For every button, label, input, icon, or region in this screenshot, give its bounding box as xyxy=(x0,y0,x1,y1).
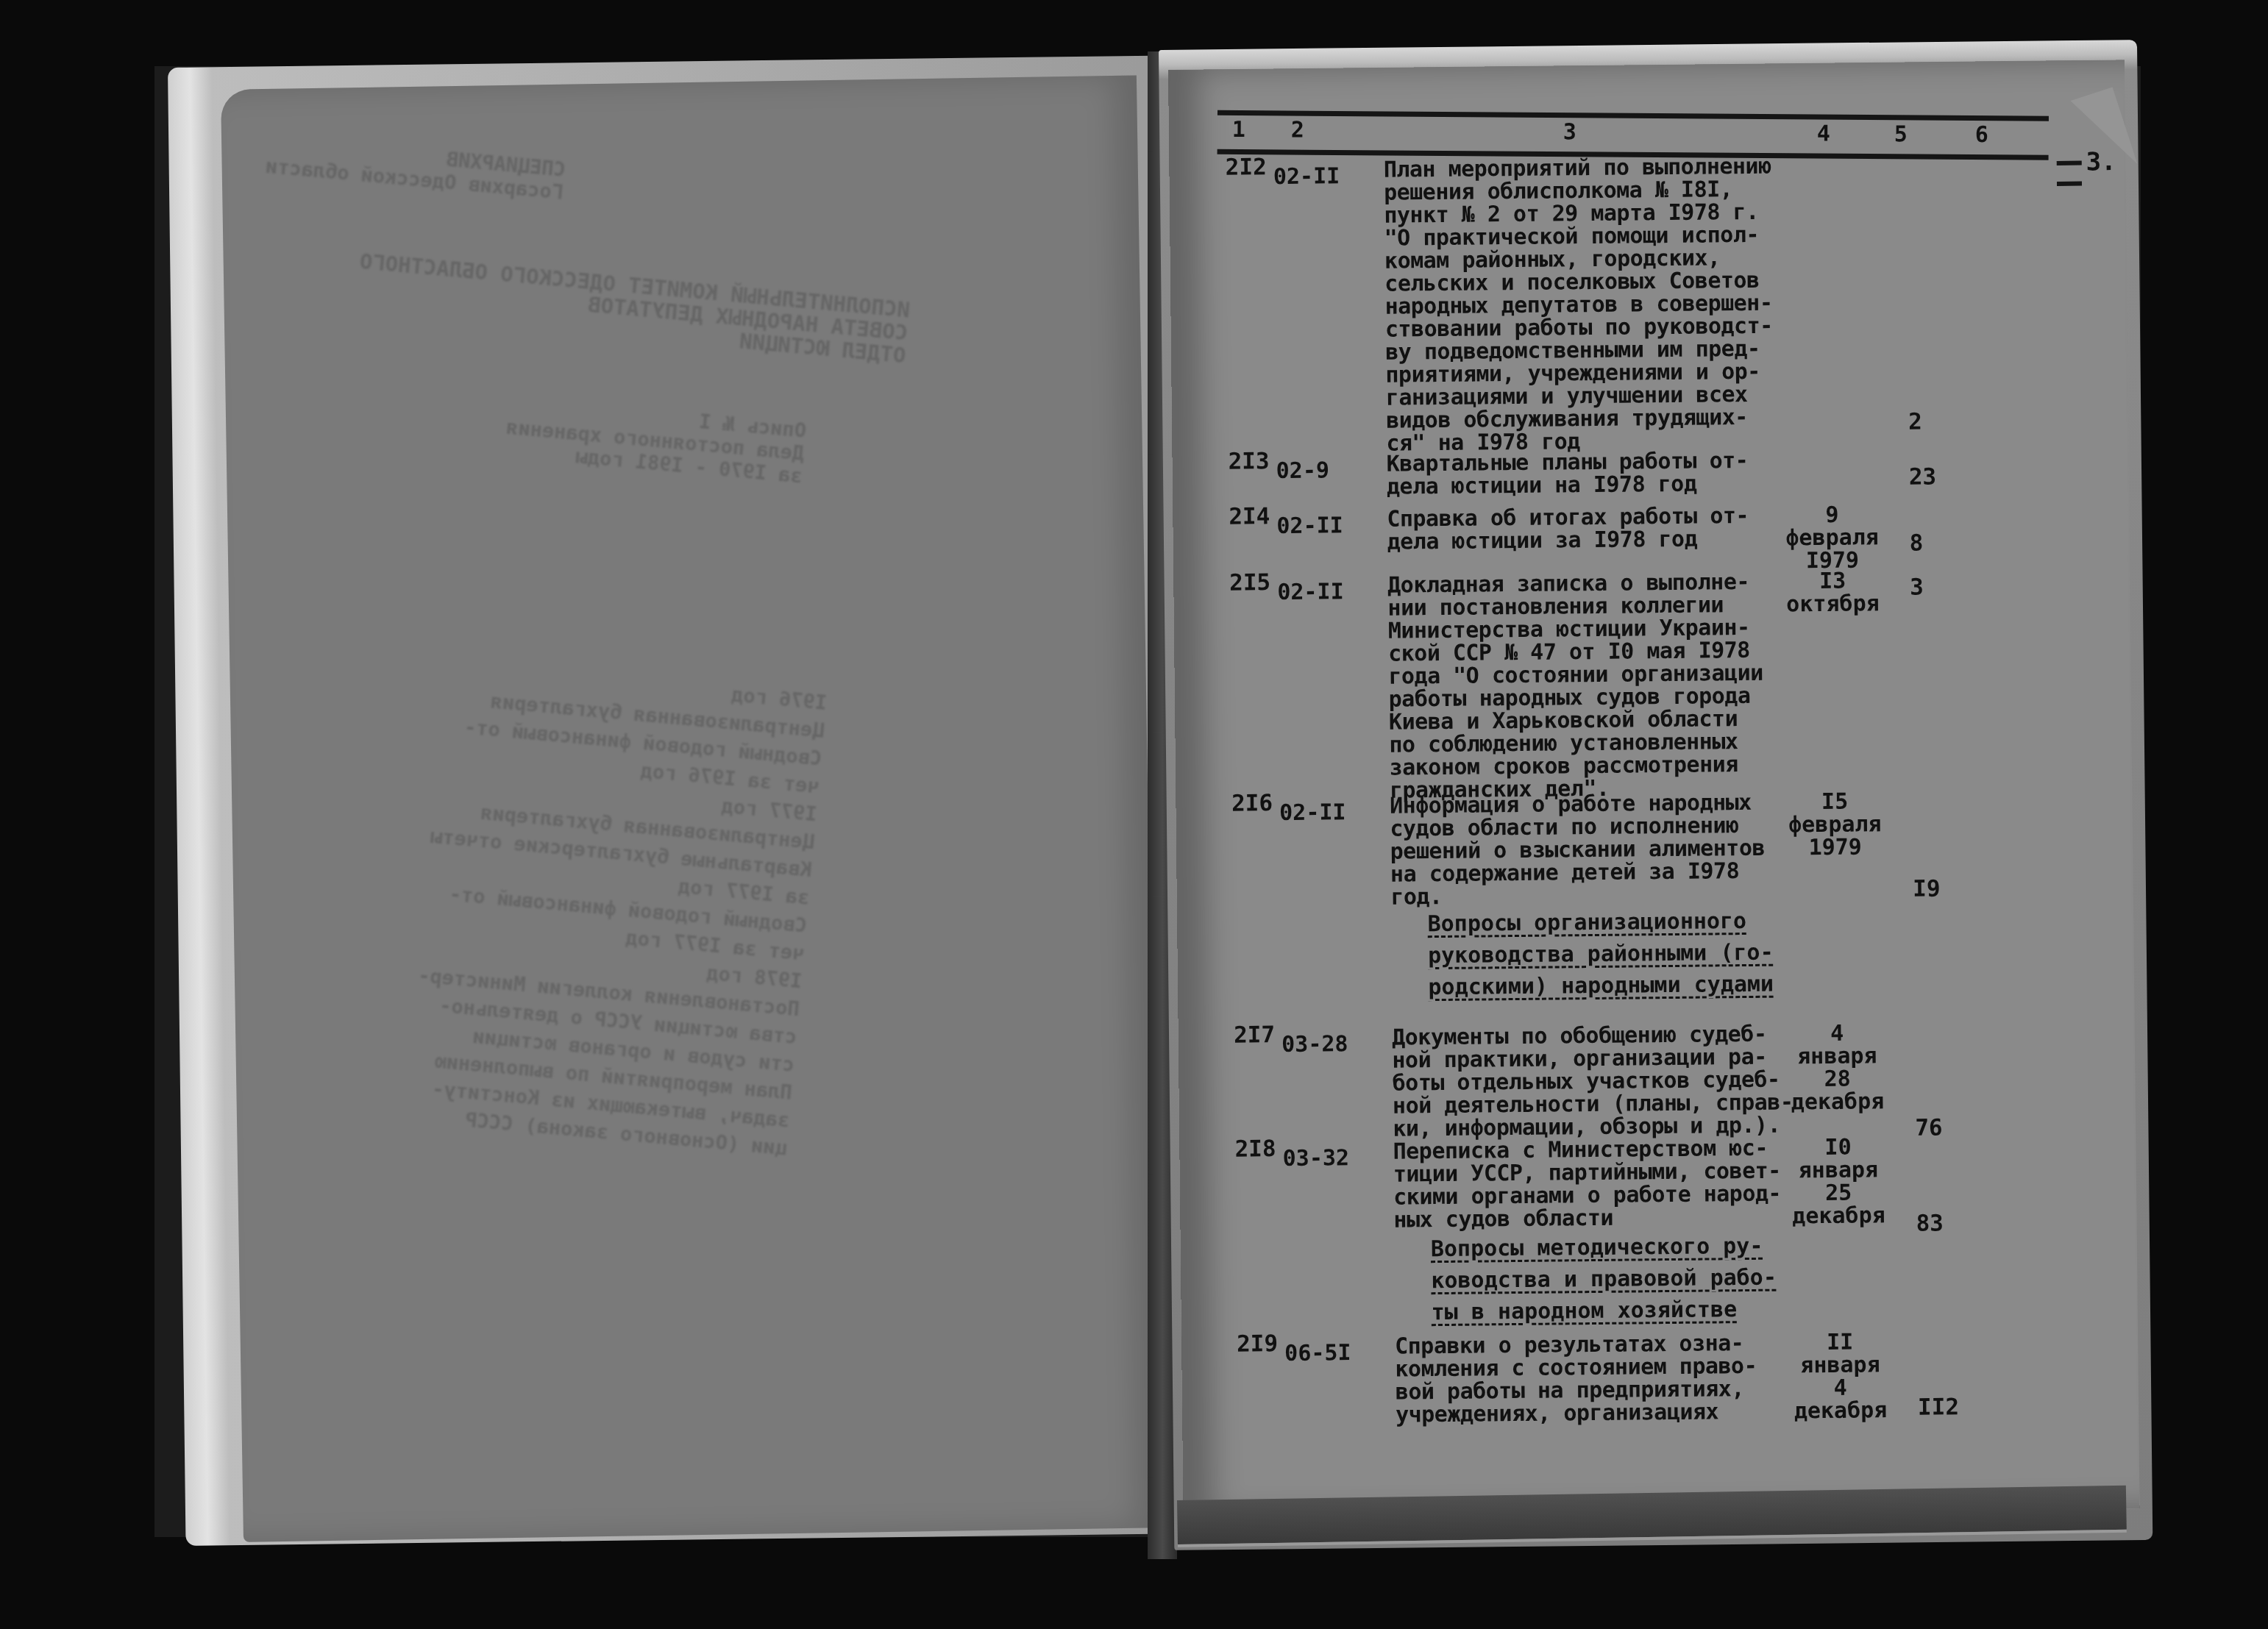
entry-sheet-count: 2 xyxy=(1908,409,1922,435)
entry-number: 2I8 xyxy=(1234,1136,1276,1163)
column-header: 5 xyxy=(1894,121,1908,147)
entry-title: Переписка с Министерством юс- тиции УССР… xyxy=(1393,1136,1805,1231)
entry-sheet-count: 3 xyxy=(1910,574,1924,601)
entry-number: 2I9 xyxy=(1237,1330,1278,1358)
entry-title: Квартальные планы работы от- дела юстици… xyxy=(1386,449,1799,498)
inventory-entry: 2I502-IIДокладная записка о выполне- нии… xyxy=(1211,561,2094,570)
page-number: 3. xyxy=(2086,147,2116,177)
entry-date: I5 февраля 1979 xyxy=(1772,790,1898,860)
entry-date: 9 февраля I979 xyxy=(1769,503,1895,573)
entry-number: 2I6 xyxy=(1231,790,1273,817)
bleed-stamp: СПЕЦИАРХИВ Госархив Одесской области xyxy=(265,132,566,204)
entry-number: 2I3 xyxy=(1228,448,1269,475)
column-header: 1 xyxy=(1232,117,1245,143)
bleed-subheading: Опись № I Дела постоянного хранения за I… xyxy=(503,393,807,488)
entry-number: 2I4 xyxy=(1229,503,1270,530)
entry-sheet-count: 83 xyxy=(1916,1210,1944,1236)
margin-dash xyxy=(2057,161,2082,165)
entry-date: II января 4 декабря xyxy=(1777,1330,1903,1423)
entry-index: 03-32 xyxy=(1283,1145,1350,1172)
column-header: 2 xyxy=(1291,118,1304,143)
entry-sheet-count: II2 xyxy=(1918,1394,1959,1421)
bleed-heading: ИСПОЛНИТЕЛЬНЫЙ КОМИТЕТ ОДЕССКОГО ОБЛАСТН… xyxy=(355,250,911,367)
entry-number: 2I5 xyxy=(1229,569,1270,596)
entry-title: Справка об итогах работы от- дела юстици… xyxy=(1387,504,1799,553)
entry-date: I0 января 25 декабря xyxy=(1775,1136,1901,1228)
entry-title: Справки о результатах озна- комления с с… xyxy=(1395,1331,1807,1426)
inventory-entry: 2I703-28Документы по обобщению судеб- но… xyxy=(1215,1013,2098,1022)
column-header-row: 1 2 3 4 5 6 xyxy=(1217,110,2049,160)
entry-date: I3 октября xyxy=(1770,569,1896,616)
entry-sheet-count: 76 xyxy=(1915,1114,1943,1141)
inventory-sheet: 1 2 3 4 5 6 3. 2I202-IIПлан мероприятий … xyxy=(1206,101,2176,1471)
entry-title: Документы по обобщению судеб- ной практи… xyxy=(1392,1022,1805,1140)
column-header: 4 xyxy=(1817,121,1830,147)
section-heading: Вопросы организационного руководства рай… xyxy=(1427,905,1781,1004)
entry-index: 06-5I xyxy=(1284,1340,1351,1366)
entry-date: 4 января 28 декабря xyxy=(1774,1022,1900,1114)
bleed-lines: I976 год Централизованная бухгалтерия Св… xyxy=(405,656,828,1163)
section-heading: Вопросы методического ру- ководства и пр… xyxy=(1431,1230,1785,1329)
entry-number: 2I7 xyxy=(1234,1022,1275,1049)
entry-title: Информация о работе народных судов облас… xyxy=(1390,791,1802,908)
entry-number: 2I2 xyxy=(1226,154,1267,181)
margin-dash xyxy=(2057,182,2082,186)
column-header: 6 xyxy=(1975,122,1988,148)
entry-index: 02-II xyxy=(1276,513,1343,539)
entry-index: 02-9 xyxy=(1276,457,1330,484)
entry-index: 02-II xyxy=(1273,163,1340,190)
left-page: СПЕЦИАРХИВ Госархив Одесской области ИСП… xyxy=(221,75,1159,1541)
entry-title: Докладная записка о выполне- нии постано… xyxy=(1387,570,1802,802)
entry-sheet-count: I9 xyxy=(1913,875,1941,902)
entry-index: 03-28 xyxy=(1281,1031,1348,1058)
entry-index: 02-II xyxy=(1279,799,1346,826)
entry-sheet-count: 23 xyxy=(1909,463,1937,490)
entry-title: План мероприятий по выполнению решения о… xyxy=(1384,154,1799,455)
entry-sheet-count: 8 xyxy=(1910,530,1924,557)
entry-index: 02-II xyxy=(1277,579,1344,605)
column-header: 3 xyxy=(1563,119,1576,145)
